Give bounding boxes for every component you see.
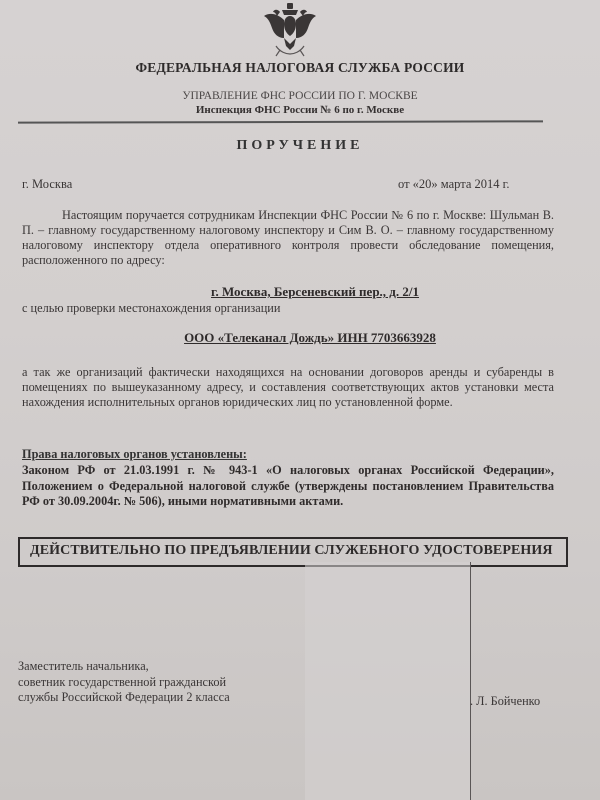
document-date: от «20» марта 2014 г. <box>398 177 510 192</box>
signatory-position-line: Заместитель начальника, <box>18 659 230 675</box>
signatory-name: . Л. Бойченко <box>470 694 540 709</box>
coat-of-arms-icon <box>262 2 318 60</box>
header-divider <box>18 120 543 123</box>
document-title: ПОРУЧЕНИЕ <box>0 138 600 154</box>
rights-text: Законом РФ от 21.03.1991 г. № 943-1 «О н… <box>22 463 554 510</box>
document-page: ФЕДЕРАЛЬНАЯ НАЛОГОВАЯ СЛУЖБА РОССИИ УПРА… <box>0 0 600 800</box>
validity-notice-box: ДЕЙСТВИТЕЛЬНО ПО ПРЕДЪЯВЛЕНИИ СЛУЖЕБНОГО… <box>18 537 568 567</box>
inspection-purpose: с целью проверки местонахождения организ… <box>22 301 280 316</box>
signatory-position-line: службы Российской Федерации 2 класса <box>18 690 230 706</box>
organization-name: ООО «Телеканал Дождь» ИНН 7703663928 <box>0 330 600 346</box>
document-city: г. Москва <box>22 177 72 192</box>
signatory-position: Заместитель начальника, советник государ… <box>18 659 230 706</box>
inspection-name: Инспекция ФНС России № 6 по г. Москве <box>0 104 600 116</box>
inspection-address: г. Москва, Берсеневский пер., д. 2/1 <box>0 284 600 300</box>
agency-name: ФЕДЕРАЛЬНАЯ НАЛОГОВАЯ СЛУЖБА РОССИИ <box>0 60 600 76</box>
signatory-position-line: советник государственной гражданской <box>18 675 230 691</box>
scope-paragraph: а так же организаций фактически находящи… <box>22 365 554 410</box>
rights-heading: Права налоговых органов установлены: <box>22 447 247 462</box>
overlapping-paper-sheet <box>305 562 471 800</box>
validity-notice: ДЕЙСТВИТЕЛЬНО ПО ПРЕДЪЯВЛЕНИИ СЛУЖЕБНОГО… <box>30 543 553 559</box>
department-name: УПРАВЛЕНИЕ ФНС РОССИИ ПО Г. МОСКВЕ <box>0 90 600 102</box>
assignment-paragraph: Настоящим поручается сотрудникам Инспекц… <box>22 208 554 268</box>
